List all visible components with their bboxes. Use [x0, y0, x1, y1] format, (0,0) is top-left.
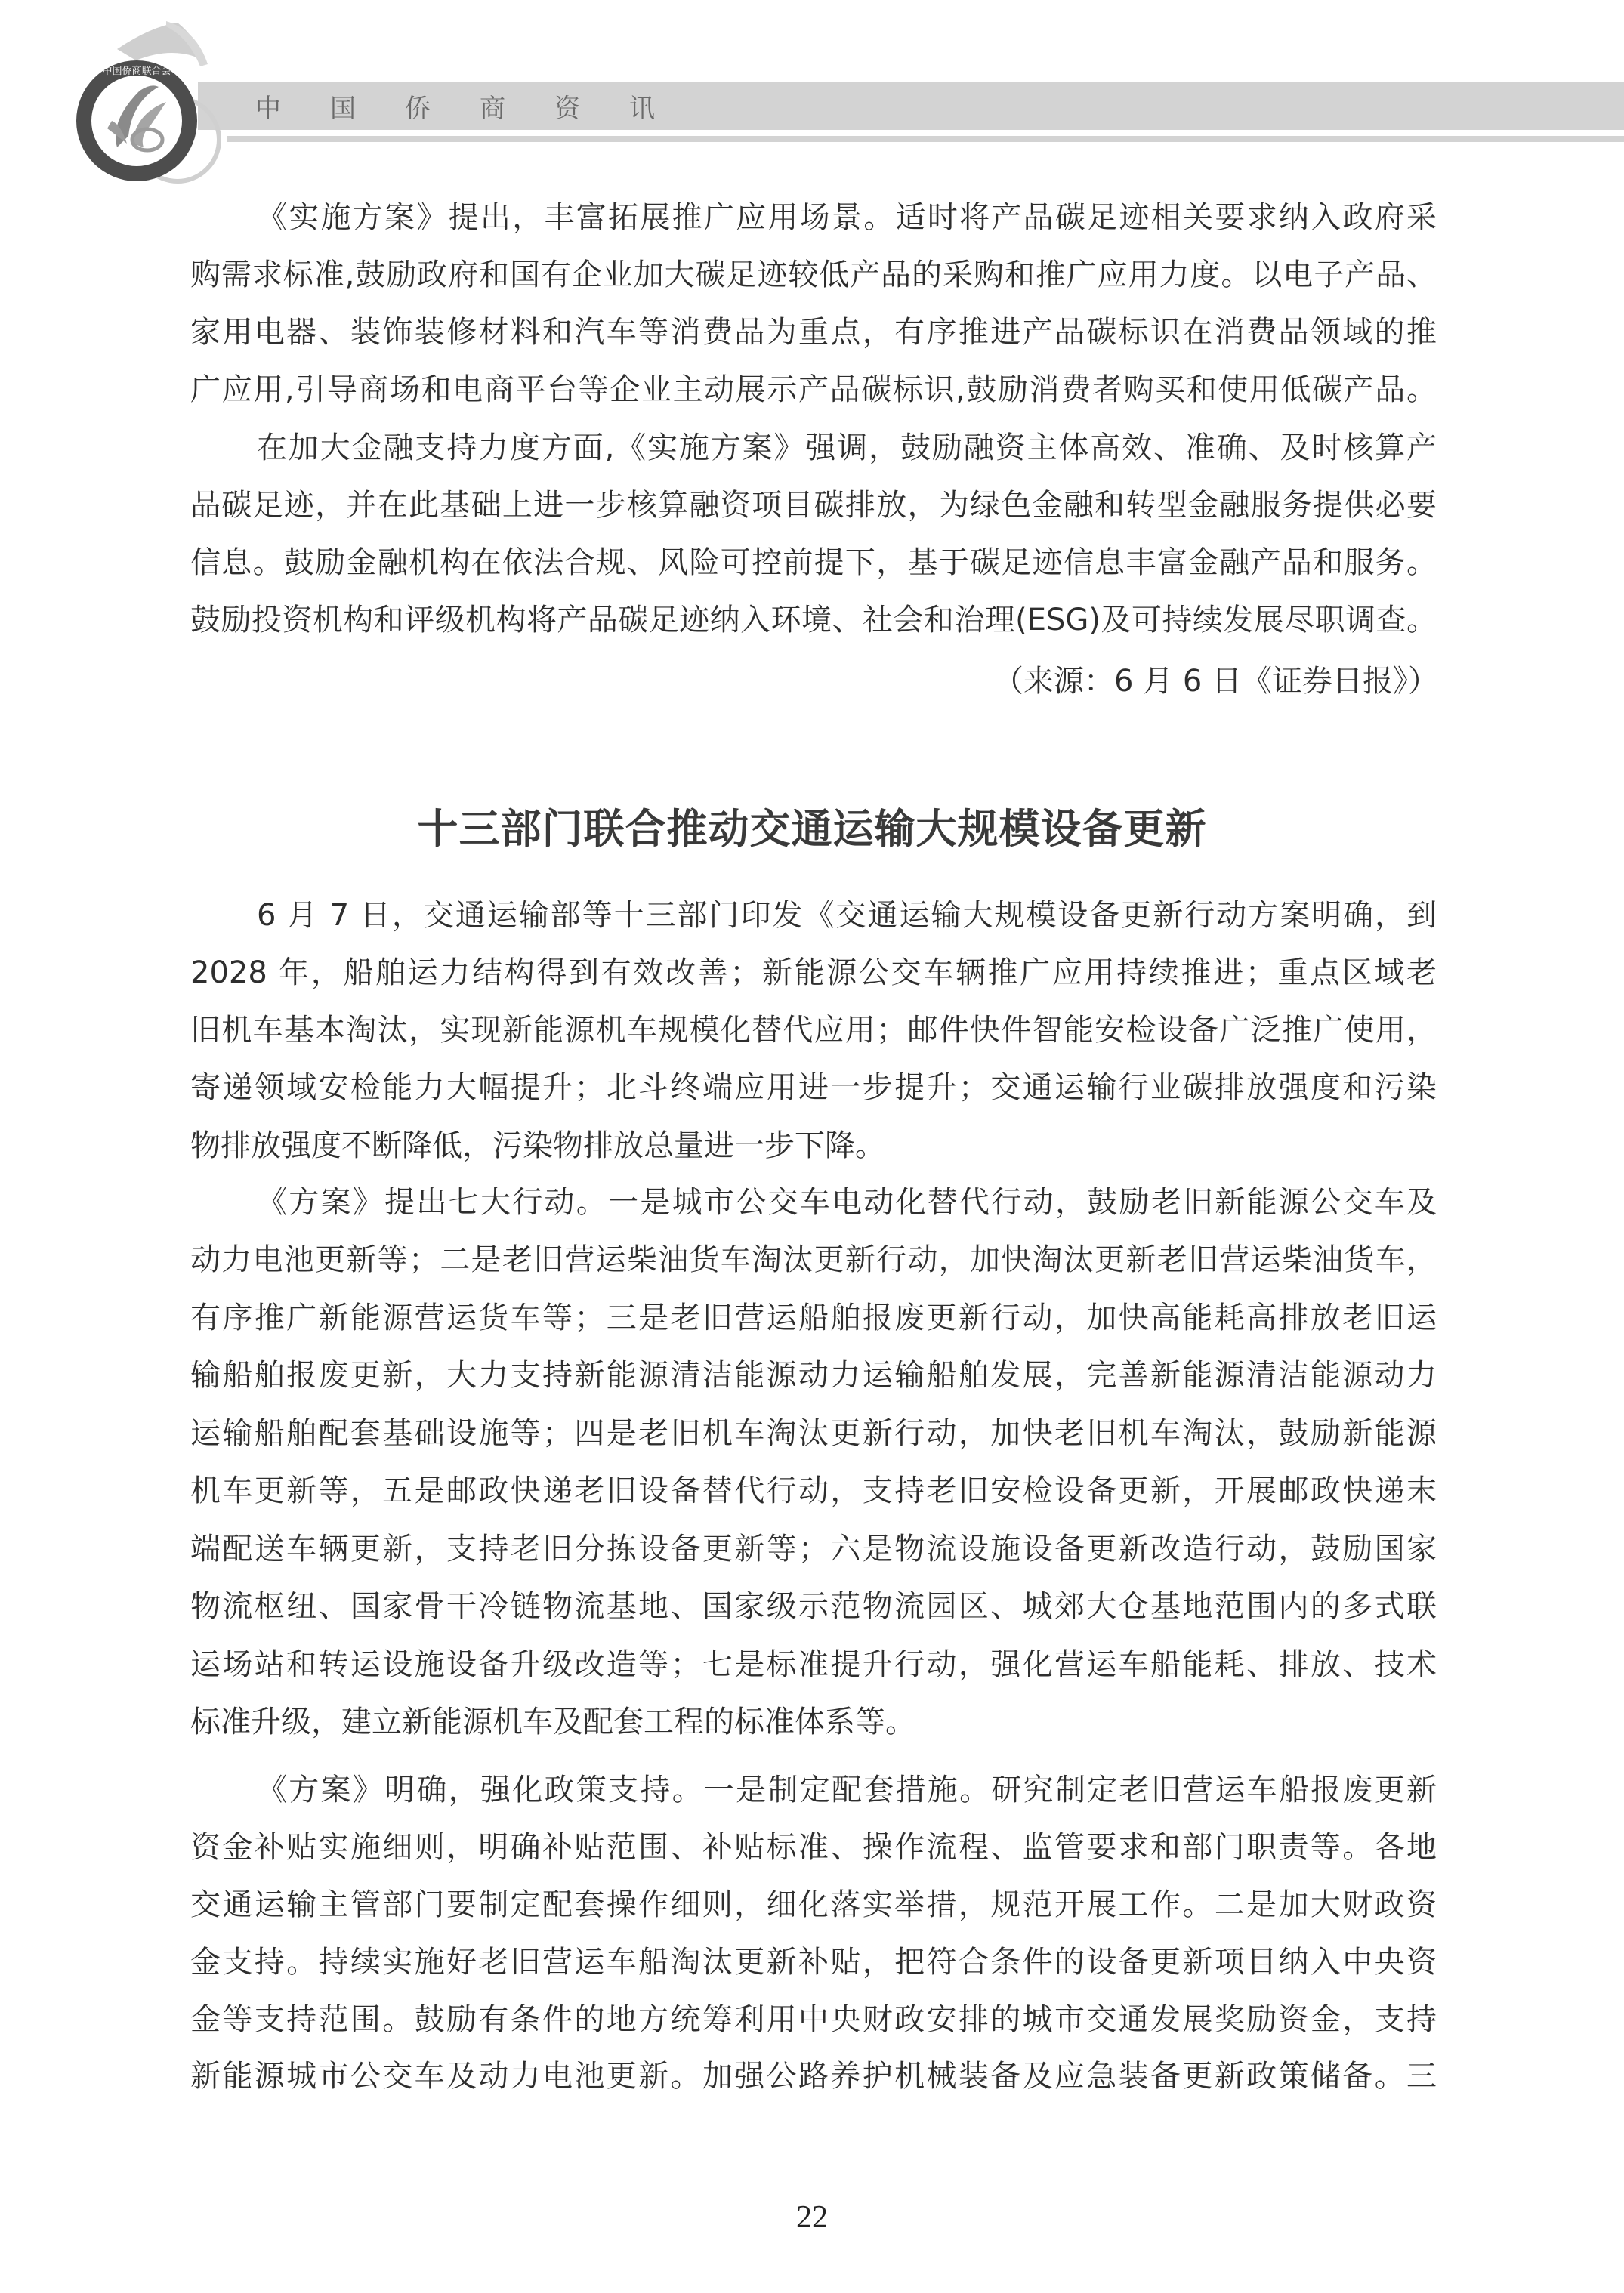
text-line: 标准升级，建立新能源机车及配套工程的标准体系等。	[190, 1693, 1437, 1751]
text-line: 金支持。持续实施好老旧营运车船淘汰更新补贴，把符合条件的设备更新项目纳入中央资	[190, 1933, 1437, 1991]
title-char: 国	[330, 92, 405, 125]
text-line: 寄递领域安检能力大幅提升；北斗终端应用进一步提升；交通运输行业碳排放强度和污染	[190, 1059, 1437, 1116]
text-line: 金等支持范围。鼓励有条件的地方统筹利用中央财政安排的城市交通发展奖励资金，支持	[190, 1991, 1437, 2048]
text-line: 输船舶报废更新，大力支持新能源清洁能源动力运输船舶发展，完善新能源清洁能源动力	[190, 1347, 1437, 1404]
source-citation: （来源：6 月 6 日《证券日报》）	[993, 659, 1438, 704]
title-char: 商	[480, 92, 554, 125]
text-line: 购需求标准,鼓励政府和国有企业加大碳足迹较低产品的采购和推广应用力度。以电子产品…	[190, 246, 1437, 304]
title-char: 资	[554, 92, 629, 125]
text-line: 在加大金融支持力度方面,《实施方案》强调，鼓励融资主体高效、准确、及时核算产	[257, 419, 1437, 477]
text-line: 旧机车基本淘汰，实现新能源机车规模化替代应用；邮件快件智能安检设备广泛推广使用，	[190, 1001, 1437, 1059]
text-line: 运场站和转运设施设备升级改造等；七是标准提升行动，强化营运车船能耗、排放、技术	[190, 1636, 1437, 1693]
header-rule	[227, 136, 1624, 142]
page-number: 22	[0, 2201, 1624, 2234]
text-line: 交通运输主管部门要制定配套操作细则，细化落实举措，规范开展工作。二是加大财政资	[190, 1876, 1437, 1933]
text-line: 品碳足迹，并在此基础上进一步核算融资项目碳排放，为绿色金融和转型金融服务提供必要	[190, 477, 1437, 534]
text-line: 信息。鼓励金融机构在依法合规、风险可控前提下，基于碳足迹信息丰富金融产品和服务。	[190, 534, 1437, 591]
text-line: 《方案》明确，强化政策支持。一是制定配套措施。研究制定老旧营运车船报废更新	[257, 1761, 1437, 1819]
text-line: 新能源城市公交车及动力电池更新。加强公路养护机械装备及应急装备更新政策储备。三	[190, 2048, 1437, 2105]
title-char: 中	[255, 92, 330, 125]
text-line: 资金补贴实施细则，明确补贴范围、补贴标准、操作流程、监管要求和部门职责等。各地	[190, 1819, 1437, 1876]
text-line: 端配送车辆更新，支持老旧分拣设备更新等；六是物流设施设备更新改造行动，鼓励国家	[190, 1520, 1437, 1578]
text-line: 运输船舶配套基础设施等；四是老旧机车淘汰更新行动，加快老旧机车淘汰，鼓励新能源	[190, 1405, 1437, 1462]
text-line: 物排放强度不断降低，污染物排放总量进一步下降。	[190, 1117, 1437, 1174]
article-title: 十三部门联合推动交通运输大规模设备更新	[0, 805, 1624, 853]
logo-text: 中国侨商联合会	[102, 65, 171, 77]
text-line: 2028 年，船舶运力结构得到有效改善；新能源公交车辆推广应用持续推进；重点区域…	[190, 944, 1437, 1001]
text-line: 广应用,引导商场和电商平台等企业主动展示产品碳标识,鼓励消费者购买和使用低碳产品…	[190, 361, 1437, 418]
text-line: 物流枢纽、国家骨干冷链物流基地、国家级示范物流园区、城郊大仓基地范围内的多式联	[190, 1578, 1437, 1635]
text-line: 鼓励投资机构和评级机构将产品碳足迹纳入环境、社会和治理(ESG)及可持续发展尽职…	[190, 591, 1437, 649]
federation-logo-icon: 中国侨商联合会	[45, 8, 242, 189]
text-line: 机车更新等，五是邮政快递老旧设备替代行动，支持老旧安检设备更新，开展邮政快递末	[190, 1462, 1437, 1520]
title-char: 讯	[629, 92, 704, 125]
text-line: 《方案》提出七大行动。一是城市公交车电动化替代行动，鼓励老旧新能源公交车及	[257, 1174, 1437, 1231]
text-line: 动力电池更新等；二是老旧营运柴油货车淘汰更新行动，加快淘汰更新老旧营运柴油货车，	[190, 1231, 1437, 1288]
title-char: 侨	[405, 92, 480, 125]
text-line: 家用电器、装饰装修材料和汽车等消费品为重点，有序推进产品碳标识在消费品领域的推	[190, 304, 1437, 361]
text-line: 6 月 7 日，交通运输部等十三部门印发《交通运输大规模设备更新行动方案明确，到	[257, 887, 1437, 944]
publication-title: 中 国 侨 商 资 讯	[255, 92, 704, 125]
text-line: 有序推广新能源营运货车等；三是老旧营运船舶报废更新行动，加快高能耗高排放老旧运	[190, 1289, 1437, 1347]
text-line: 《实施方案》提出，丰富拓展推广应用场景。适时将产品碳足迹相关要求纳入政府采	[257, 189, 1437, 246]
